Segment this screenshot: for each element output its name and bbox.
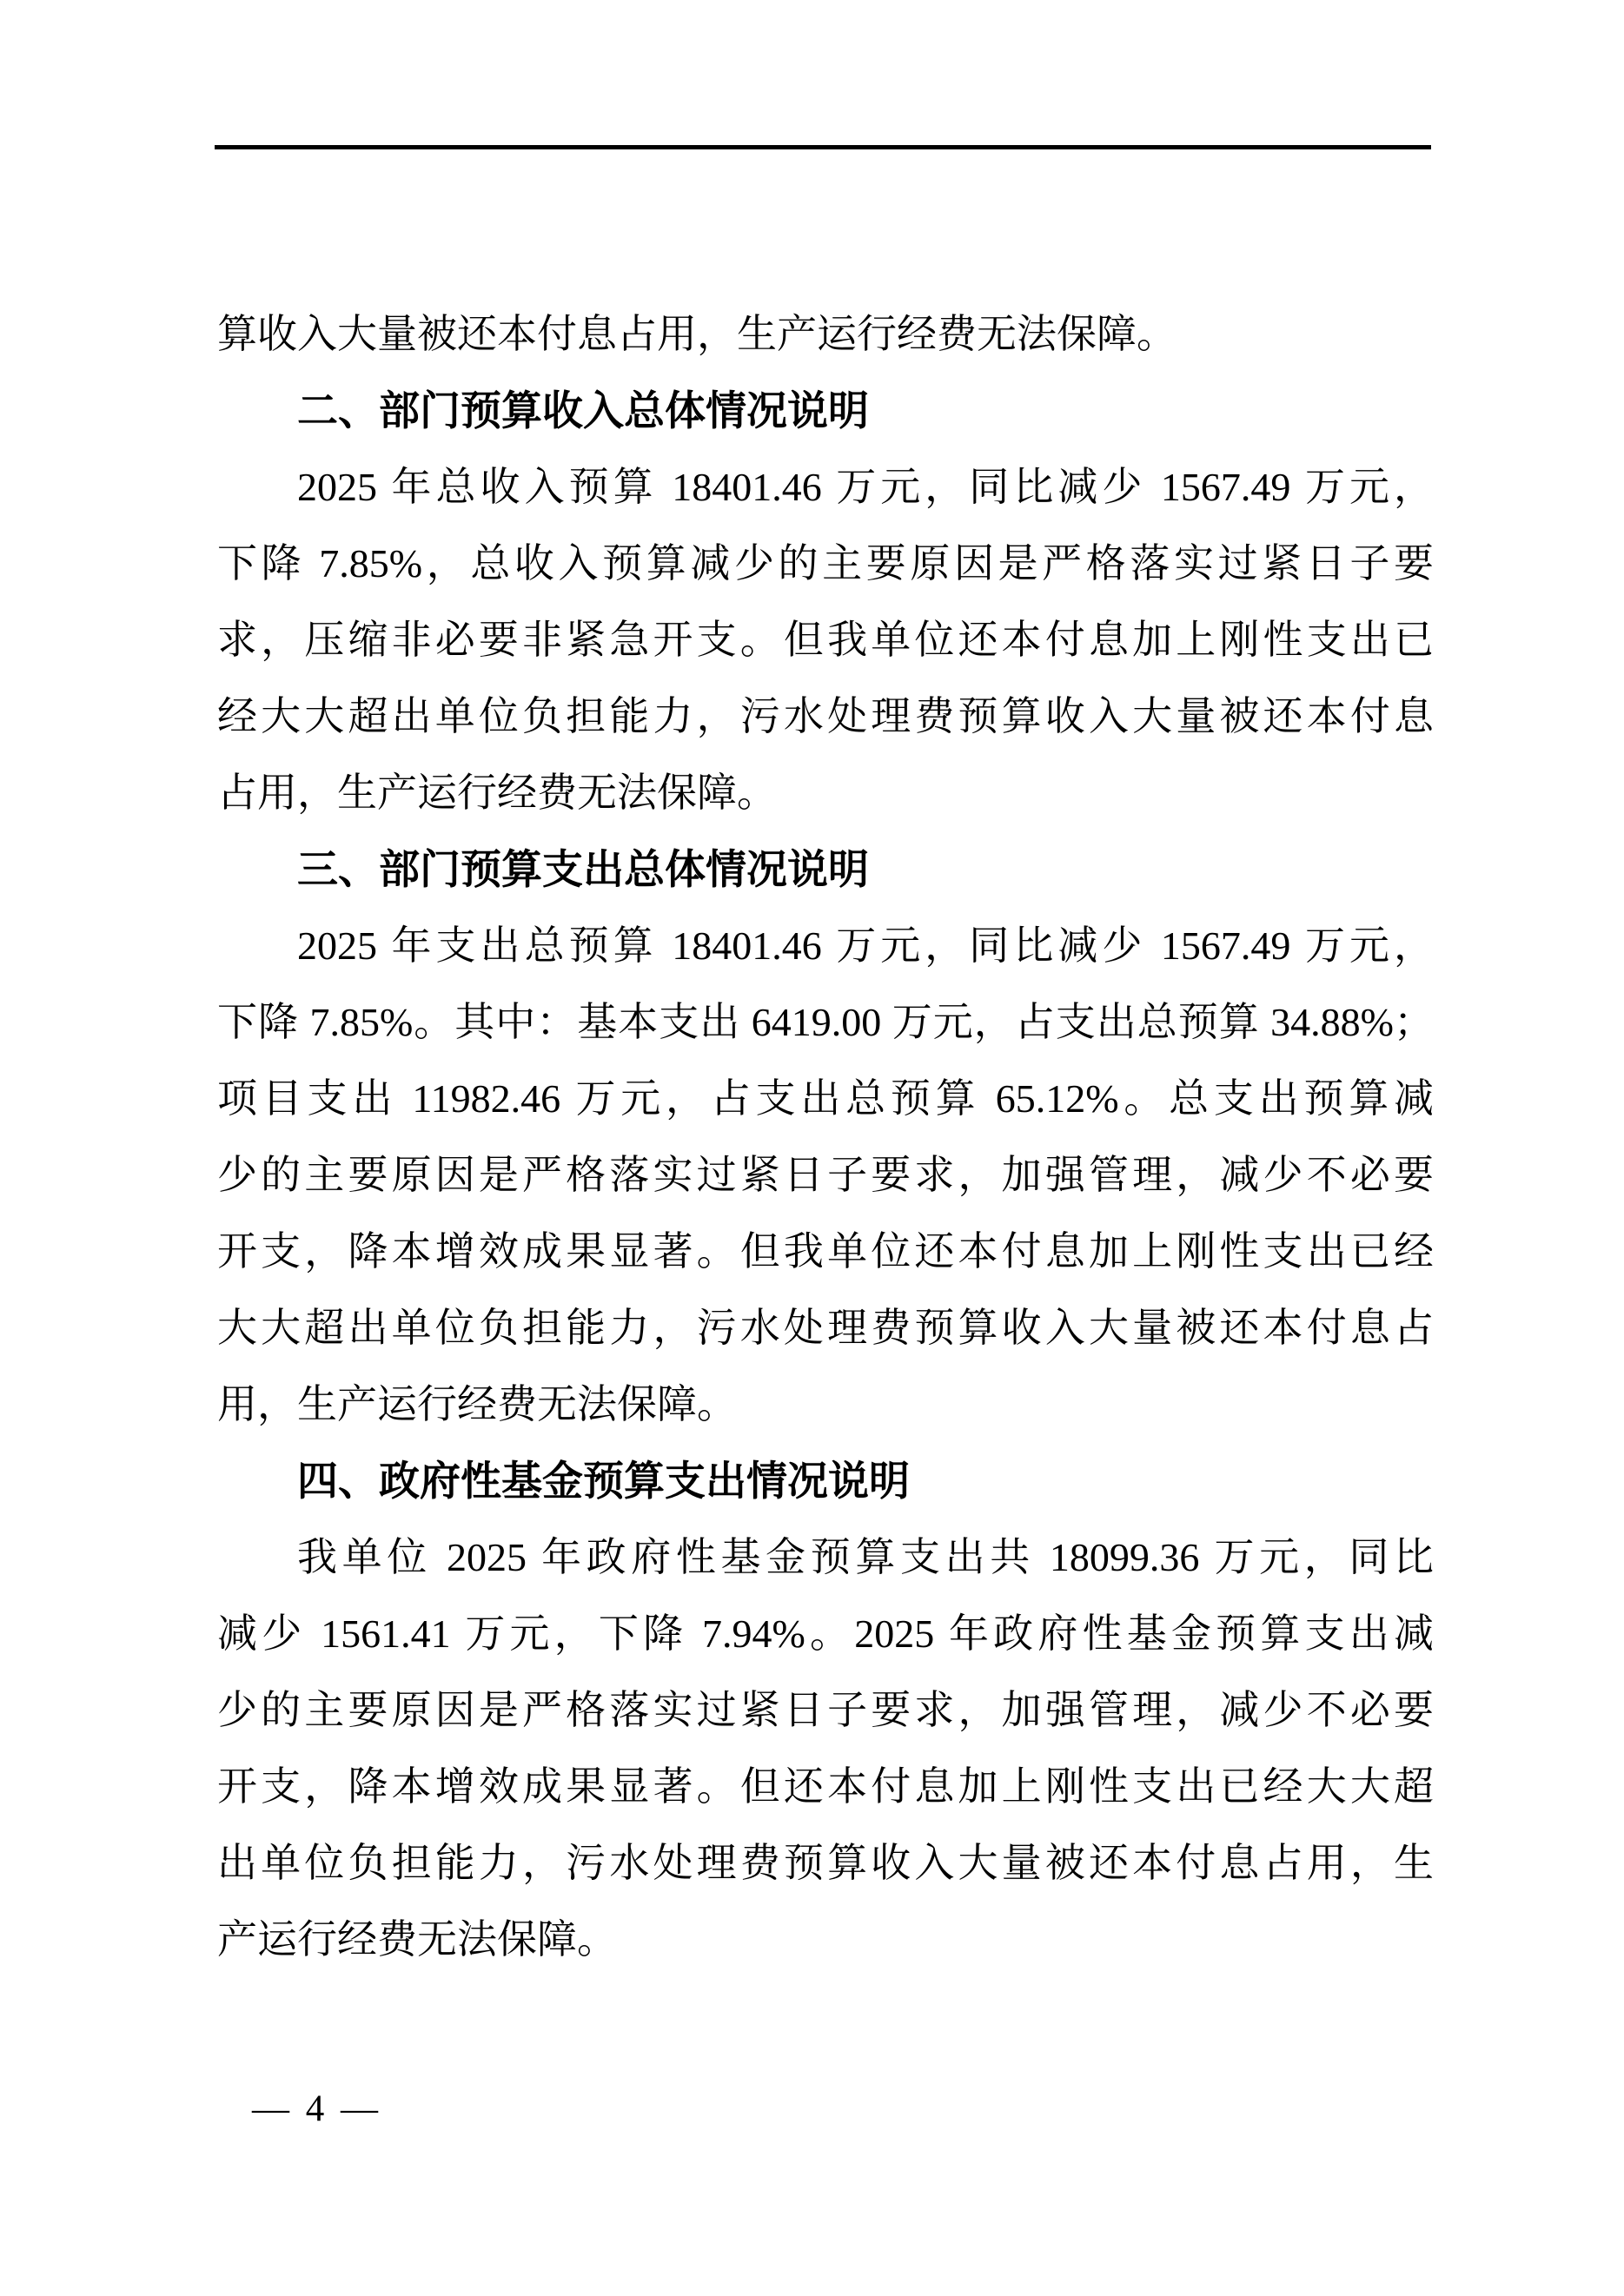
body-line: 项目支出 11982.46 万元，占支出总预算 65.12%。总支出预算减 [217,1061,1434,1137]
body-line: 开支，降本增效成果显著。但还本付息加上刚性支出已经大大超 [217,1749,1434,1825]
section-heading: 四、政府性基金预算支出情况说明 [217,1443,1434,1519]
body-line: 大大超出单位负担能力，污水处理费预算收入大量被还本付息占 [217,1290,1434,1366]
body-line: 我单位 2025 年政府性基金预算支出共 18099.36 万元，同比 [217,1519,1434,1596]
body-line: 2025 年总收入预算 18401.46 万元，同比减少 1567.49 万元， [217,449,1434,526]
body-line: 出单位负担能力，污水处理费预算收入大量被还本付息占用，生 [217,1825,1434,1902]
body-line: 经大大超出单位负担能力，污水处理费预算收入大量被还本付息 [217,678,1434,755]
page-number: — 4 — [217,2071,381,2147]
section-heading: 三、部门预算支出总体情况说明 [217,831,1434,908]
body-line: 开支，降本增效成果显著。但我单位还本付息加上刚性支出已经 [217,1214,1434,1290]
body-line: 占用，生产运行经费无法保障。 [217,755,1434,831]
body-line: 下降 7.85%，总收入预算减少的主要原因是严格落实过紧日子要 [217,526,1434,602]
body-line: 产运行经费无法保障。 [217,1902,1434,1978]
body-line: 2025 年支出总预算 18401.46 万元，同比减少 1567.49 万元， [217,908,1434,984]
document-page: 算收入大量被还本付息占用，生产运行经费无法保障。 二、部门预算收入总体情况说明 … [0,0,1624,2296]
body-line: 求，压缩非必要非紧急开支。但我单位还本付息加上刚性支出已 [217,602,1434,678]
body-line: 算收入大量被还本付息占用，生产运行经费无法保障。 [217,296,1434,373]
body-line: 减少 1561.41 万元，下降 7.94%。2025 年政府性基金预算支出减 [217,1596,1434,1672]
header-rule [215,145,1431,149]
body-line: 少的主要原因是严格落实过紧日子要求，加强管理，减少不必要 [217,1672,1434,1749]
body-line: 下降 7.85%。其中：基本支出 6419.00 万元，占支出总预算 34.88… [217,984,1434,1061]
body-line: 用，生产运行经费无法保障。 [217,1366,1434,1443]
section-heading: 二、部门预算收入总体情况说明 [217,373,1434,449]
document-body: 算收入大量被还本付息占用，生产运行经费无法保障。 二、部门预算收入总体情况说明 … [217,296,1434,1978]
body-line: 少的主要原因是严格落实过紧日子要求，加强管理，减少不必要 [217,1137,1434,1214]
